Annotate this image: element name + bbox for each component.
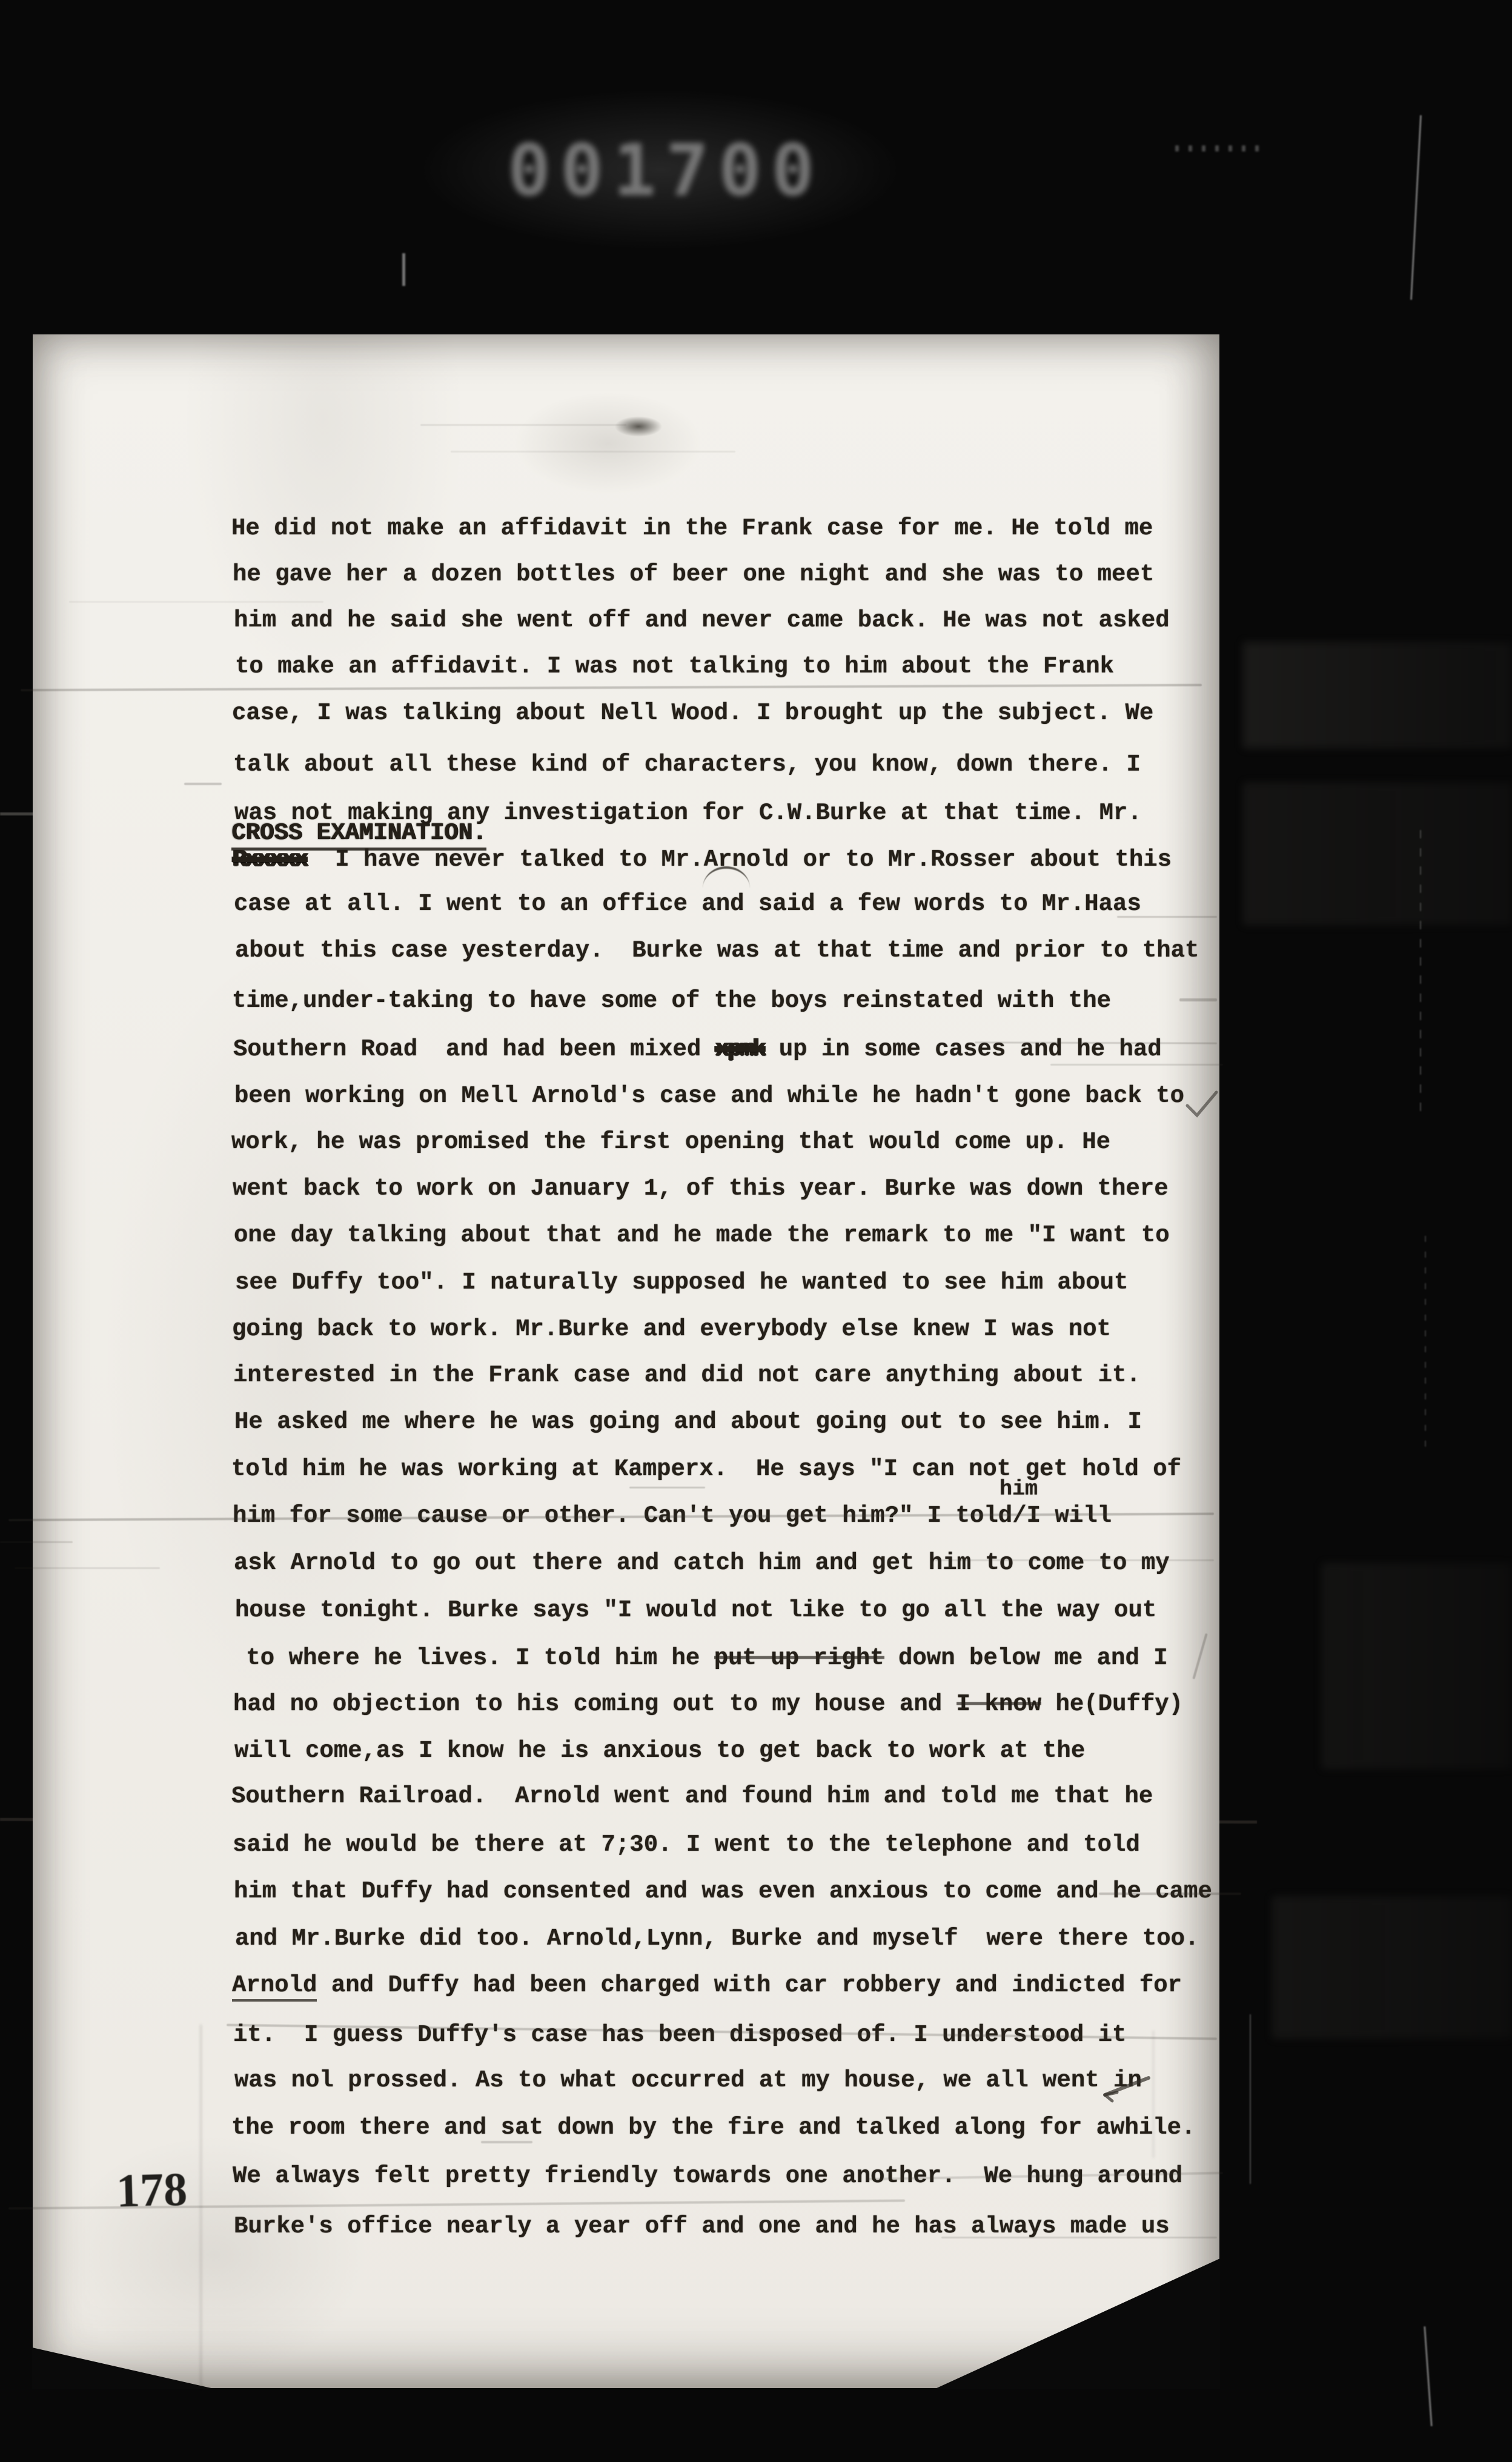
film-ghost-frame xyxy=(1272,1896,1512,2039)
line-segment: him that Duffy had consented and was eve… xyxy=(234,1878,1212,1905)
film-ghost-frame xyxy=(1243,642,1512,748)
line-segment: Rxxxxx xyxy=(233,846,307,873)
document-line: ask Arnold to go out there and catch him… xyxy=(234,1550,1170,1576)
line-segment: house tonight. Burke says "I would not l… xyxy=(235,1597,1156,1624)
film-ghost-frame xyxy=(1243,783,1512,925)
line-segment: told him he was working at Kamperx. He s… xyxy=(231,1456,1181,1482)
document-line: about this case yesterday. Burke was at … xyxy=(235,937,1199,964)
line-segment: Burke's office nearly a year off and one… xyxy=(234,2213,1170,2240)
line-segment: one day talking about that and he made t… xyxy=(234,1222,1170,1249)
pencil-line xyxy=(935,1559,1214,1561)
line-segment: to make an affidavit. I was not talking … xyxy=(235,653,1114,680)
document-line: him that Duffy had consented and was eve… xyxy=(234,1878,1212,1905)
line-segment: Southern Road and had been mixed xyxy=(233,1036,715,1063)
document-line: went back to work on January 1, of this … xyxy=(233,1175,1169,1202)
line-segment: work, he was promised the first opening … xyxy=(231,1129,1110,1155)
interline-insertion: him xyxy=(1000,1477,1038,1501)
document-line: case at all. I went to an office and sai… xyxy=(234,891,1141,917)
ghost-stroke xyxy=(420,424,626,426)
document-page: He did not make an affidavit in the Fran… xyxy=(33,334,1219,2388)
line-segment: and Mr.Burke did too. Arnold,Lynn, Burke… xyxy=(235,1925,1199,1952)
line-segment: He did not make an affidavit in the Fran… xyxy=(231,515,1153,542)
paper-crease xyxy=(1153,2031,1154,2158)
pencil-mark xyxy=(481,2141,532,2143)
document-line: Rxxxxx I have never talked to Mr.Arnold … xyxy=(233,846,1172,873)
film-frame-number-stamp: 001700 xyxy=(508,128,823,213)
line-segment: case at all. I went to an office and sai… xyxy=(234,891,1141,917)
pencil-line xyxy=(1050,1064,1223,1066)
film-scratch xyxy=(1425,1236,1426,1448)
document-line: and Mr.Burke did too. Arnold,Lynn, Burke… xyxy=(235,1925,1199,1952)
line-segment: see Duffy too". I naturally supposed he … xyxy=(235,1269,1128,1296)
paper-crease xyxy=(200,2025,202,2388)
pencil-checkmark xyxy=(1184,1087,1220,1121)
scan-corner-shadow xyxy=(32,2340,214,2389)
document-line: he gave her a dozen bottles of beer one … xyxy=(233,561,1154,588)
line-segment: I know xyxy=(957,1691,1041,1717)
document-line: the room there and sat down by the fire … xyxy=(231,2114,1195,2141)
film-scan-frame: { "document": { "stamp_number": "001700"… xyxy=(0,0,1512,2462)
document-line: will come,as I know he is anxious to get… xyxy=(234,1737,1085,1764)
document-line: was nol prossed. As to what occurred at … xyxy=(234,2067,1142,2094)
line-segment: will come,as I know he is anxious to get… xyxy=(234,1737,1085,1764)
pencil-strike-line xyxy=(1099,1893,1241,1895)
film-scratch xyxy=(1424,2326,1433,2426)
line-segment: Arnold xyxy=(232,1972,317,2002)
line-segment: He asked me where he was going and about… xyxy=(234,1409,1142,1435)
line-segment: to where he lives. I told him he xyxy=(232,1645,714,1671)
film-scratch xyxy=(1250,2014,1251,2184)
line-segment: going back to work. Mr.Burke and everybo… xyxy=(232,1316,1111,1342)
line-segment: down below me and I xyxy=(884,1645,1168,1671)
ghost-stroke xyxy=(69,601,323,603)
line-segment: ask Arnold to go out there and catch him… xyxy=(234,1550,1170,1576)
document-line: Southern Railroad. Arnold went and found… xyxy=(231,1783,1153,1810)
line-segment: put up right xyxy=(714,1645,884,1671)
line-segment: he(Duffy) xyxy=(1041,1691,1183,1717)
line-segment: time,under-taking to have some of the bo… xyxy=(232,987,1111,1014)
document-line: talk about all these kind of characters,… xyxy=(233,751,1141,778)
ghost-stroke xyxy=(451,451,735,453)
document-line: to make an affidavit. I was not talking … xyxy=(235,653,1114,680)
document-line: said he would be there at 7;30. I went t… xyxy=(233,1831,1140,1858)
line-segment: I have never talked to Mr.Arnold or to M… xyxy=(307,846,1172,873)
line-segment: had no objection to his coming out to my… xyxy=(233,1691,957,1717)
document-line: Burke's office nearly a year off and one… xyxy=(234,2213,1170,2240)
film-scratch-tick xyxy=(402,253,405,286)
pencil-underline xyxy=(21,684,1202,692)
pencil-line xyxy=(15,1567,160,1569)
line-segment: was nol prossed. As to what occurred at … xyxy=(234,2067,1142,2094)
pencil-margin-dash xyxy=(184,783,222,785)
line-segment: about this case yesterday. Burke was at … xyxy=(235,937,1199,964)
pencil-dash xyxy=(1179,998,1217,1001)
document-line: been working on Mell Arnold's case and w… xyxy=(234,1083,1184,1109)
line-segment: he gave her a dozen bottles of beer one … xyxy=(233,561,1154,588)
line-segment: case, I was talking about Nell Wood. I b… xyxy=(232,700,1153,726)
line-segment: xpmk xyxy=(715,1036,765,1063)
pencil-dash xyxy=(1117,916,1217,918)
document-line: had no objection to his coming out to my… xyxy=(233,1691,1183,1717)
document-line: Southern Road and had been mixed xpmk up… xyxy=(233,1036,1162,1063)
document-line: told him he was working at Kamperx. He s… xyxy=(231,1456,1181,1482)
line-segment: him and he said she went off and never c… xyxy=(234,607,1170,634)
document-line: house tonight. Burke says "I would not l… xyxy=(235,1597,1156,1624)
document-line: He asked me where he was going and about… xyxy=(234,1409,1142,1435)
document-line: going back to work. Mr.Burke and everybo… xyxy=(232,1316,1111,1342)
line-segment: said he would be there at 7;30. I went t… xyxy=(233,1831,1140,1858)
section-heading: CROSS EXAMINATION. xyxy=(231,820,486,846)
scan-corner-shadow xyxy=(935,2258,1220,2389)
document-line: He did not make an affidavit in the Fran… xyxy=(231,515,1153,542)
document-line: to where he lives. I told him he put up … xyxy=(232,1645,1168,1671)
line-segment: Southern Railroad. Arnold went and found… xyxy=(231,1783,1153,1810)
line-segment: been working on Mell Arnold's case and w… xyxy=(234,1083,1184,1109)
pencil-line xyxy=(941,2237,1217,2238)
pencil-arrow xyxy=(1094,2074,1152,2102)
film-dust-specks xyxy=(1175,145,1266,151)
film-scratch xyxy=(1410,115,1422,300)
line-segment: went back to work on January 1, of this … xyxy=(233,1175,1169,1202)
document-line: work, he was promised the first opening … xyxy=(231,1129,1110,1155)
pencil-underline xyxy=(629,1487,705,1488)
document-line: case, I was talking about Nell Wood. I b… xyxy=(232,700,1153,726)
document-line: him and he said she went off and never c… xyxy=(234,607,1170,634)
line-segment: and Duffy had been charged with car robb… xyxy=(317,1972,1182,1999)
page-number-stamp: 178 xyxy=(116,2162,188,2218)
line-segment: talk about all these kind of characters,… xyxy=(233,751,1141,778)
document-line: Arnold and Duffy had been charged with c… xyxy=(232,1972,1182,1999)
line-segment: up in some cases and he had xyxy=(764,1036,1161,1063)
pencil-backslash xyxy=(1192,1633,1207,1679)
document-line: see Duffy too". I naturally supposed he … xyxy=(235,1269,1128,1296)
line-segment: interested in the Frank case and did not… xyxy=(233,1362,1141,1389)
film-ghost-frame xyxy=(1322,1563,1512,1769)
document-line: interested in the Frank case and did not… xyxy=(233,1362,1141,1389)
line-segment: the room there and sat down by the fire … xyxy=(231,2114,1195,2141)
document-line: one day talking about that and he made t… xyxy=(234,1222,1170,1249)
document-line: time,under-taking to have some of the bo… xyxy=(232,987,1111,1014)
pencil-strike-line xyxy=(0,1541,73,1543)
